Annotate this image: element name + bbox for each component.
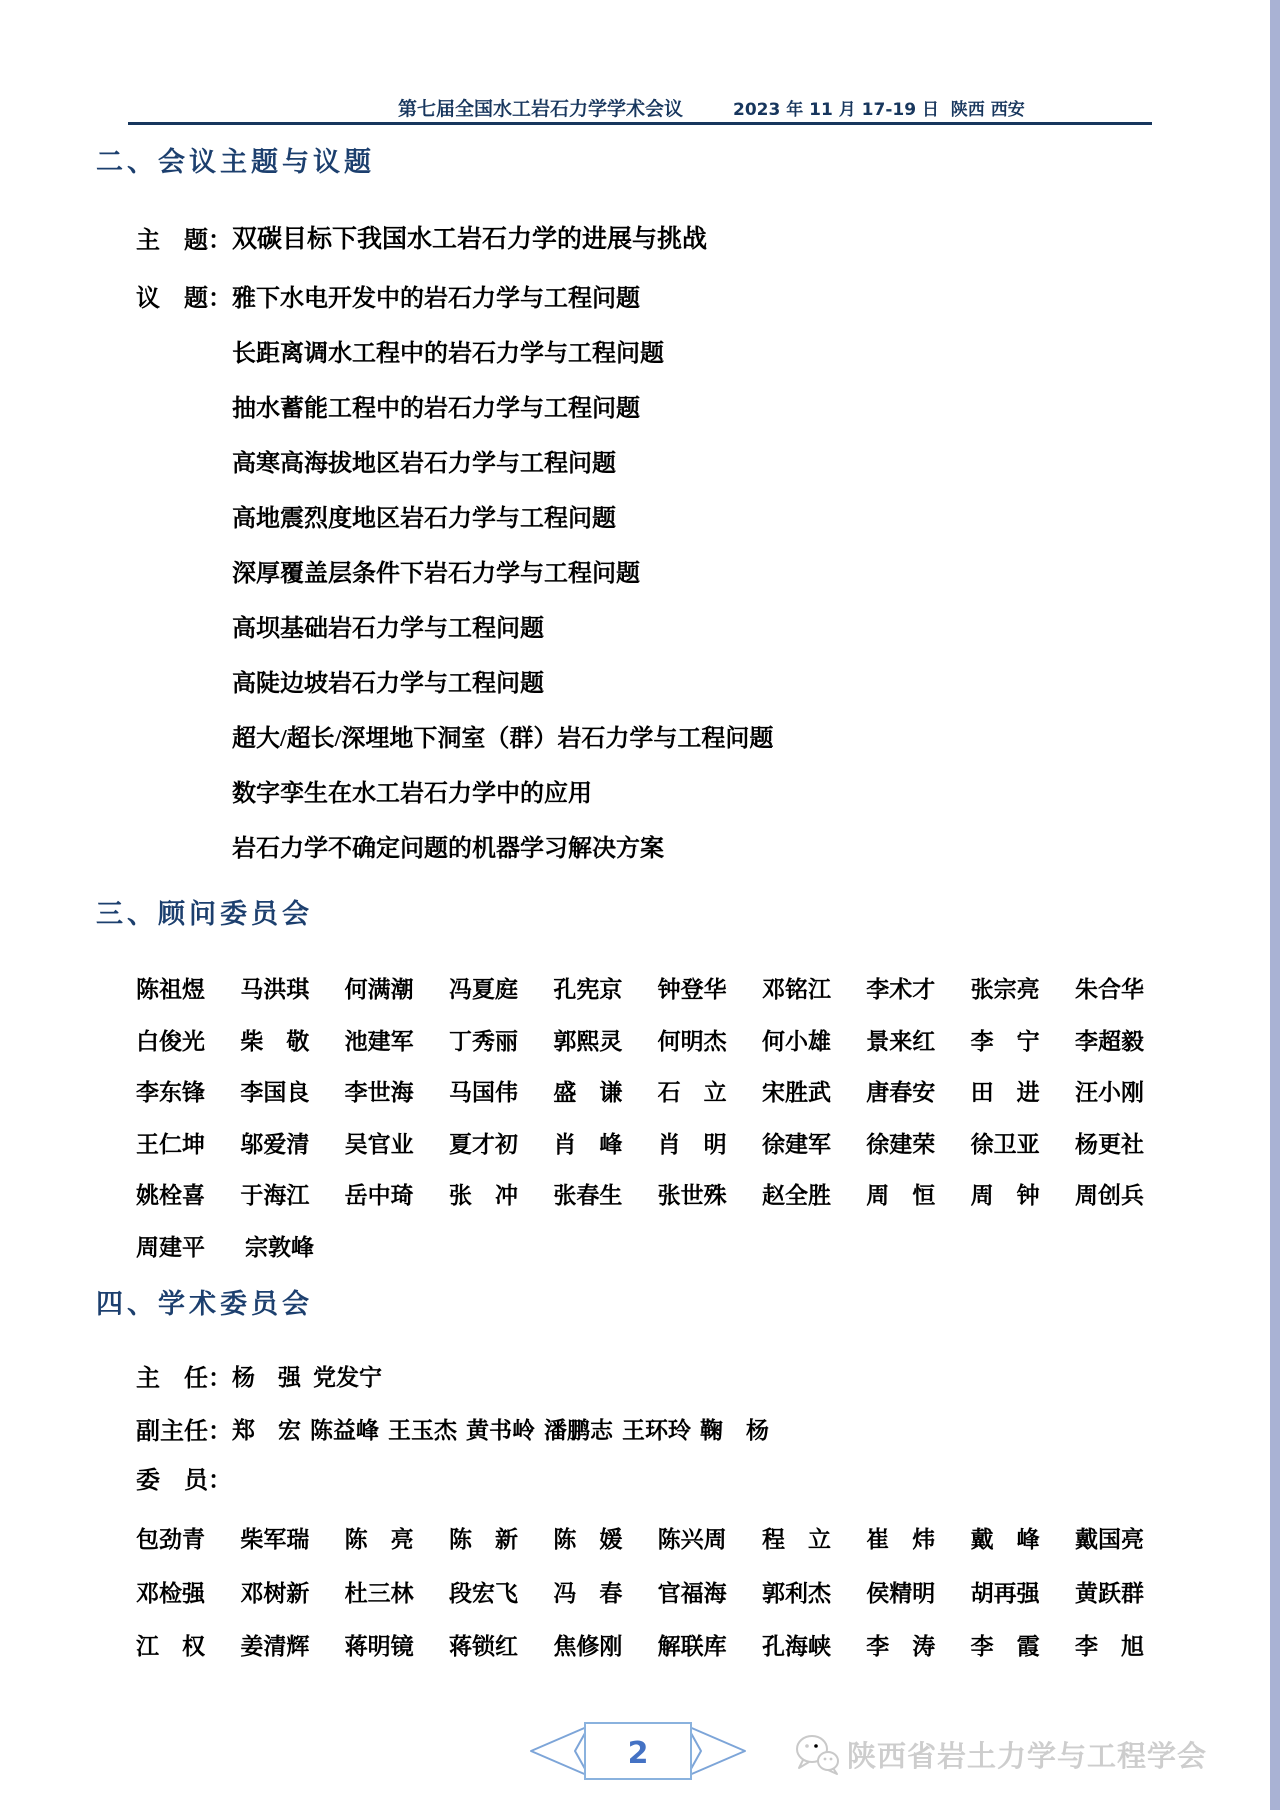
person-name: 官福海	[658, 1575, 727, 1608]
person-name: 陈 新	[449, 1521, 518, 1554]
person-name: 何小雄	[762, 1023, 831, 1056]
person-name: 张宗亮	[971, 971, 1040, 1004]
person-name: 汪小刚	[1075, 1074, 1144, 1107]
person-name: 陈兴周	[658, 1521, 727, 1554]
topic-item-text: 抽水蓄能工程中的岩石力学与工程问题	[232, 388, 640, 423]
topic-item: 抽水蓄能工程中的岩石力学与工程问题	[232, 378, 773, 433]
person-name: 陈祖煜	[136, 971, 205, 1004]
members-label: 委 员：	[136, 1460, 232, 1495]
person-name: 杜三林	[345, 1575, 414, 1608]
person-name: 党发宁	[313, 1359, 382, 1392]
person-name: 李世海	[345, 1074, 414, 1107]
person-name: 周 钟	[971, 1177, 1040, 1210]
chair-line: 主 任： 杨 强党发宁	[136, 1348, 382, 1402]
section-heading-advisory: 三、顾问委员会	[96, 898, 313, 932]
person-name: 邓树新	[240, 1575, 309, 1608]
topic-item: 高寒高海拔地区岩石力学与工程问题	[232, 433, 773, 488]
right-edge-strip	[1270, 0, 1280, 1810]
person-name: 焦修刚	[553, 1628, 622, 1661]
vice-chair-line: 副主任： 郑 宏陈益峰王玉杰黄书岭潘鹏志王环玲鞠 杨	[136, 1401, 769, 1455]
person-name: 丁秀丽	[449, 1023, 518, 1056]
person-name: 鞠 杨	[700, 1412, 769, 1445]
theme-text: 双碳目标下我国水工岩石力学的进展与挑战	[232, 219, 707, 255]
advisory-row-4: 王仁坤邬爱清吴官业夏才初肖 峰肖 明徐建军徐建荣徐卫亚杨更社	[136, 1117, 1144, 1169]
theme-label: 主 题：	[136, 220, 232, 255]
topic-item-text: 高陡边坡岩石力学与工程问题	[232, 663, 544, 698]
person-name: 冯夏庭	[449, 971, 518, 1004]
header-conference-title: 第七届全国水工岩石力学学术会议	[398, 94, 683, 121]
person-name: 周创兵	[1075, 1177, 1144, 1210]
person-name: 朱合华	[1075, 971, 1144, 1004]
person-name: 邓检强	[136, 1575, 205, 1608]
topic-item: 高地震烈度地区岩石力学与工程问题	[232, 488, 773, 543]
person-name: 柴军瑞	[240, 1521, 309, 1554]
topic-item: 高陡边坡岩石力学与工程问题	[232, 653, 773, 708]
vice-chair-label: 副主任：	[136, 1411, 232, 1446]
topic-item: 雅下水电开发中的岩石力学与工程问题	[232, 268, 773, 323]
page-header: 第七届全国水工岩石力学学术会议 2023 年 11 月 17-19 日 陕西 西…	[398, 94, 1025, 121]
ribbon-banner-graphic: 2	[527, 1722, 749, 1780]
person-name: 王玉杰	[388, 1412, 457, 1445]
person-name: 于海江	[240, 1177, 309, 1210]
advisory-row-1: 陈祖煜马洪琪何满潮冯夏庭孔宪京钟登华邓铭江李术才张宗亮朱合华	[136, 962, 1144, 1014]
person-name: 岳中琦	[345, 1177, 414, 1210]
person-name: 何满潮	[345, 971, 414, 1004]
topic-item: 超大/超长/深埋地下洞室（群）岩石力学与工程问题	[232, 708, 773, 763]
advisory-row-2: 白俊光柴 敬池建军丁秀丽郭熙灵何明杰何小雄景来红李 宁李超毅	[136, 1014, 1144, 1066]
person-name: 徐建军	[762, 1126, 831, 1159]
person-name: 李 霞	[971, 1628, 1040, 1661]
person-name: 侯精明	[866, 1575, 935, 1608]
person-name: 张春生	[553, 1177, 622, 1210]
person-name: 姚栓喜	[136, 1177, 205, 1210]
topic-item: 数字孪生在水工岩石力学中的应用	[232, 763, 773, 818]
person-name: 潘鹏志	[544, 1412, 613, 1445]
person-name: 李东锋	[136, 1074, 205, 1107]
topic-list: 雅下水电开发中的岩石力学与工程问题长距离调水工程中的岩石力学与工程问题抽水蓄能工…	[232, 268, 773, 873]
topic-item: 岩石力学不确定问题的机器学习解决方案	[232, 818, 773, 873]
person-name: 江 权	[136, 1628, 205, 1661]
person-name: 孔宪京	[553, 971, 622, 1004]
person-name: 白俊光	[136, 1023, 205, 1056]
advisory-row-5: 姚栓喜于海江岳中琦张 冲张春生张世殊赵全胜周 恒周 钟周创兵	[136, 1168, 1144, 1220]
person-name: 郭熙灵	[553, 1023, 622, 1056]
person-name: 陈 媛	[553, 1521, 622, 1554]
document-page: 第七届全国水工岩石力学学术会议 2023 年 11 月 17-19 日 陕西 西…	[0, 0, 1280, 1810]
header-date-location: 2023 年 11 月 17-19 日 陕西 西安	[733, 95, 1025, 120]
topic-item-text: 超大/超长/深埋地下洞室（群）岩石力学与工程问题	[232, 718, 773, 753]
person-name: 肖 峰	[553, 1126, 622, 1159]
person-name: 郑 宏	[232, 1412, 301, 1445]
person-name: 钟登华	[658, 971, 727, 1004]
person-name: 李国良	[240, 1074, 309, 1107]
ribbon-left-tail	[531, 1726, 589, 1776]
person-name: 张世殊	[658, 1177, 727, 1210]
advisory-row-6: 周建平宗敦峰	[136, 1220, 1144, 1272]
topics-label-line: 议 题：	[136, 268, 232, 323]
section-heading-theme: 二、会议主题与议题	[96, 146, 375, 180]
topic-item-text: 雅下水电开发中的岩石力学与工程问题	[232, 278, 640, 313]
person-name: 柴 敬	[240, 1023, 309, 1056]
person-name: 蒋明镜	[345, 1628, 414, 1661]
advisory-name-rows: 陈祖煜马洪琪何满潮冯夏庭孔宪京钟登华邓铭江李术才张宗亮朱合华 白俊光柴 敬池建军…	[136, 962, 1144, 1271]
person-name: 李 涛	[866, 1628, 935, 1661]
advisory-row-3: 李东锋李国良李世海马国伟盛 谦石 立宋胜武唐春安田 进汪小刚	[136, 1065, 1144, 1117]
person-name: 胡再强	[971, 1575, 1040, 1608]
topic-item-text: 数字孪生在水工岩石力学中的应用	[232, 773, 592, 808]
person-name: 周建平	[136, 1229, 205, 1262]
person-name: 蒋锁红	[449, 1628, 518, 1661]
theme-line: 主 题：双碳目标下我国水工岩石力学的进展与挑战	[136, 210, 707, 264]
person-name: 李 旭	[1075, 1628, 1144, 1661]
person-name: 李 宁	[971, 1023, 1040, 1056]
person-name: 石 立	[658, 1074, 727, 1107]
person-name: 陈益峰	[310, 1412, 379, 1445]
person-name: 徐建荣	[866, 1126, 935, 1159]
person-name: 解联库	[658, 1628, 727, 1661]
person-name: 宋胜武	[762, 1074, 831, 1107]
topic-item-text: 高寒高海拔地区岩石力学与工程问题	[232, 443, 616, 478]
person-name: 赵全胜	[762, 1177, 831, 1210]
person-name: 王环玲	[622, 1412, 691, 1445]
person-name: 徐卫亚	[971, 1126, 1040, 1159]
wechat-icon	[793, 1732, 841, 1776]
vice-chair-names: 郑 宏陈益峰王玉杰黄书岭潘鹏志王环玲鞠 杨	[232, 1412, 769, 1445]
topic-item-text: 高坝基础岩石力学与工程问题	[232, 608, 544, 643]
person-name: 邓铭江	[762, 971, 831, 1004]
topics-label: 议 题：	[136, 278, 232, 313]
person-name: 周 恒	[866, 1177, 935, 1210]
person-name: 唐春安	[866, 1074, 935, 1107]
person-name: 孔海峡	[762, 1628, 831, 1661]
chair-label: 主 任：	[136, 1358, 232, 1393]
person-name: 盛 谦	[553, 1074, 622, 1107]
person-name: 陈 亮	[345, 1521, 414, 1554]
person-name: 张 冲	[449, 1177, 518, 1210]
person-name: 杨 强	[232, 1359, 301, 1392]
page-number: 2	[628, 1736, 649, 1771]
person-name: 戴国亮	[1075, 1521, 1144, 1554]
person-name: 戴 峰	[971, 1521, 1040, 1554]
person-name: 崔 炜	[866, 1521, 935, 1554]
person-name: 宗敦峰	[245, 1229, 314, 1262]
topic-item-text: 深厚覆盖层条件下岩石力学与工程问题	[232, 553, 640, 588]
topic-item: 高坝基础岩石力学与工程问题	[232, 598, 773, 653]
person-name: 冯 春	[553, 1575, 622, 1608]
society-name-watermark: 陕西省岩土力学与工程学会	[847, 1734, 1207, 1775]
person-name: 包劲青	[136, 1521, 205, 1554]
person-name: 李术才	[866, 971, 935, 1004]
members-label-line: 委 员：	[136, 1450, 232, 1504]
person-name: 吴官业	[345, 1126, 414, 1159]
person-name: 池建军	[345, 1023, 414, 1056]
section-heading-academic: 四、学术委员会	[96, 1288, 313, 1322]
person-name: 姜清辉	[240, 1628, 309, 1661]
member-row-1: 包劲青柴军瑞陈 亮陈 新陈 媛陈兴周程 立崔 炜戴 峰戴国亮	[136, 1511, 1144, 1565]
topic-item: 深厚覆盖层条件下岩石力学与工程问题	[232, 543, 773, 598]
person-name: 王仁坤	[136, 1126, 205, 1159]
person-name: 夏才初	[449, 1126, 518, 1159]
person-name: 何明杰	[658, 1023, 727, 1056]
person-name: 景来红	[866, 1023, 935, 1056]
person-name: 黄书岭	[466, 1412, 535, 1445]
society-watermark: 陕西省岩土力学与工程学会	[793, 1732, 1207, 1776]
person-name: 马洪琪	[240, 971, 309, 1004]
person-name: 李超毅	[1075, 1023, 1144, 1056]
chair-names: 杨 强党发宁	[232, 1359, 382, 1392]
page-number-ribbon: 2	[527, 1722, 749, 1785]
topic-item-text: 高地震烈度地区岩石力学与工程问题	[232, 498, 616, 533]
member-name-rows: 包劲青柴军瑞陈 亮陈 新陈 媛陈兴周程 立崔 炜戴 峰戴国亮 邓检强邓树新杜三林…	[136, 1511, 1144, 1672]
person-name: 郭利杰	[762, 1575, 831, 1608]
person-name: 田 进	[971, 1074, 1040, 1107]
person-name: 段宏飞	[449, 1575, 518, 1608]
person-name: 邬爱清	[240, 1126, 309, 1159]
topic-item-text: 岩石力学不确定问题的机器学习解决方案	[232, 828, 664, 863]
member-row-3: 江 权姜清辉蒋明镜蒋锁红焦修刚解联库孔海峡李 涛李 霞李 旭	[136, 1618, 1144, 1672]
topic-item: 长距离调水工程中的岩石力学与工程问题	[232, 323, 773, 378]
person-name: 杨更社	[1075, 1126, 1144, 1159]
person-name: 肖 明	[658, 1126, 727, 1159]
person-name: 程 立	[762, 1521, 831, 1554]
person-name: 黄跃群	[1075, 1575, 1144, 1608]
header-rule	[128, 122, 1152, 125]
person-name: 马国伟	[449, 1074, 518, 1107]
member-row-2: 邓检强邓树新杜三林段宏飞冯 春官福海郭利杰侯精明胡再强黄跃群	[136, 1565, 1144, 1619]
topic-item-text: 长距离调水工程中的岩石力学与工程问题	[232, 333, 664, 368]
ribbon-right-tail	[687, 1726, 745, 1776]
